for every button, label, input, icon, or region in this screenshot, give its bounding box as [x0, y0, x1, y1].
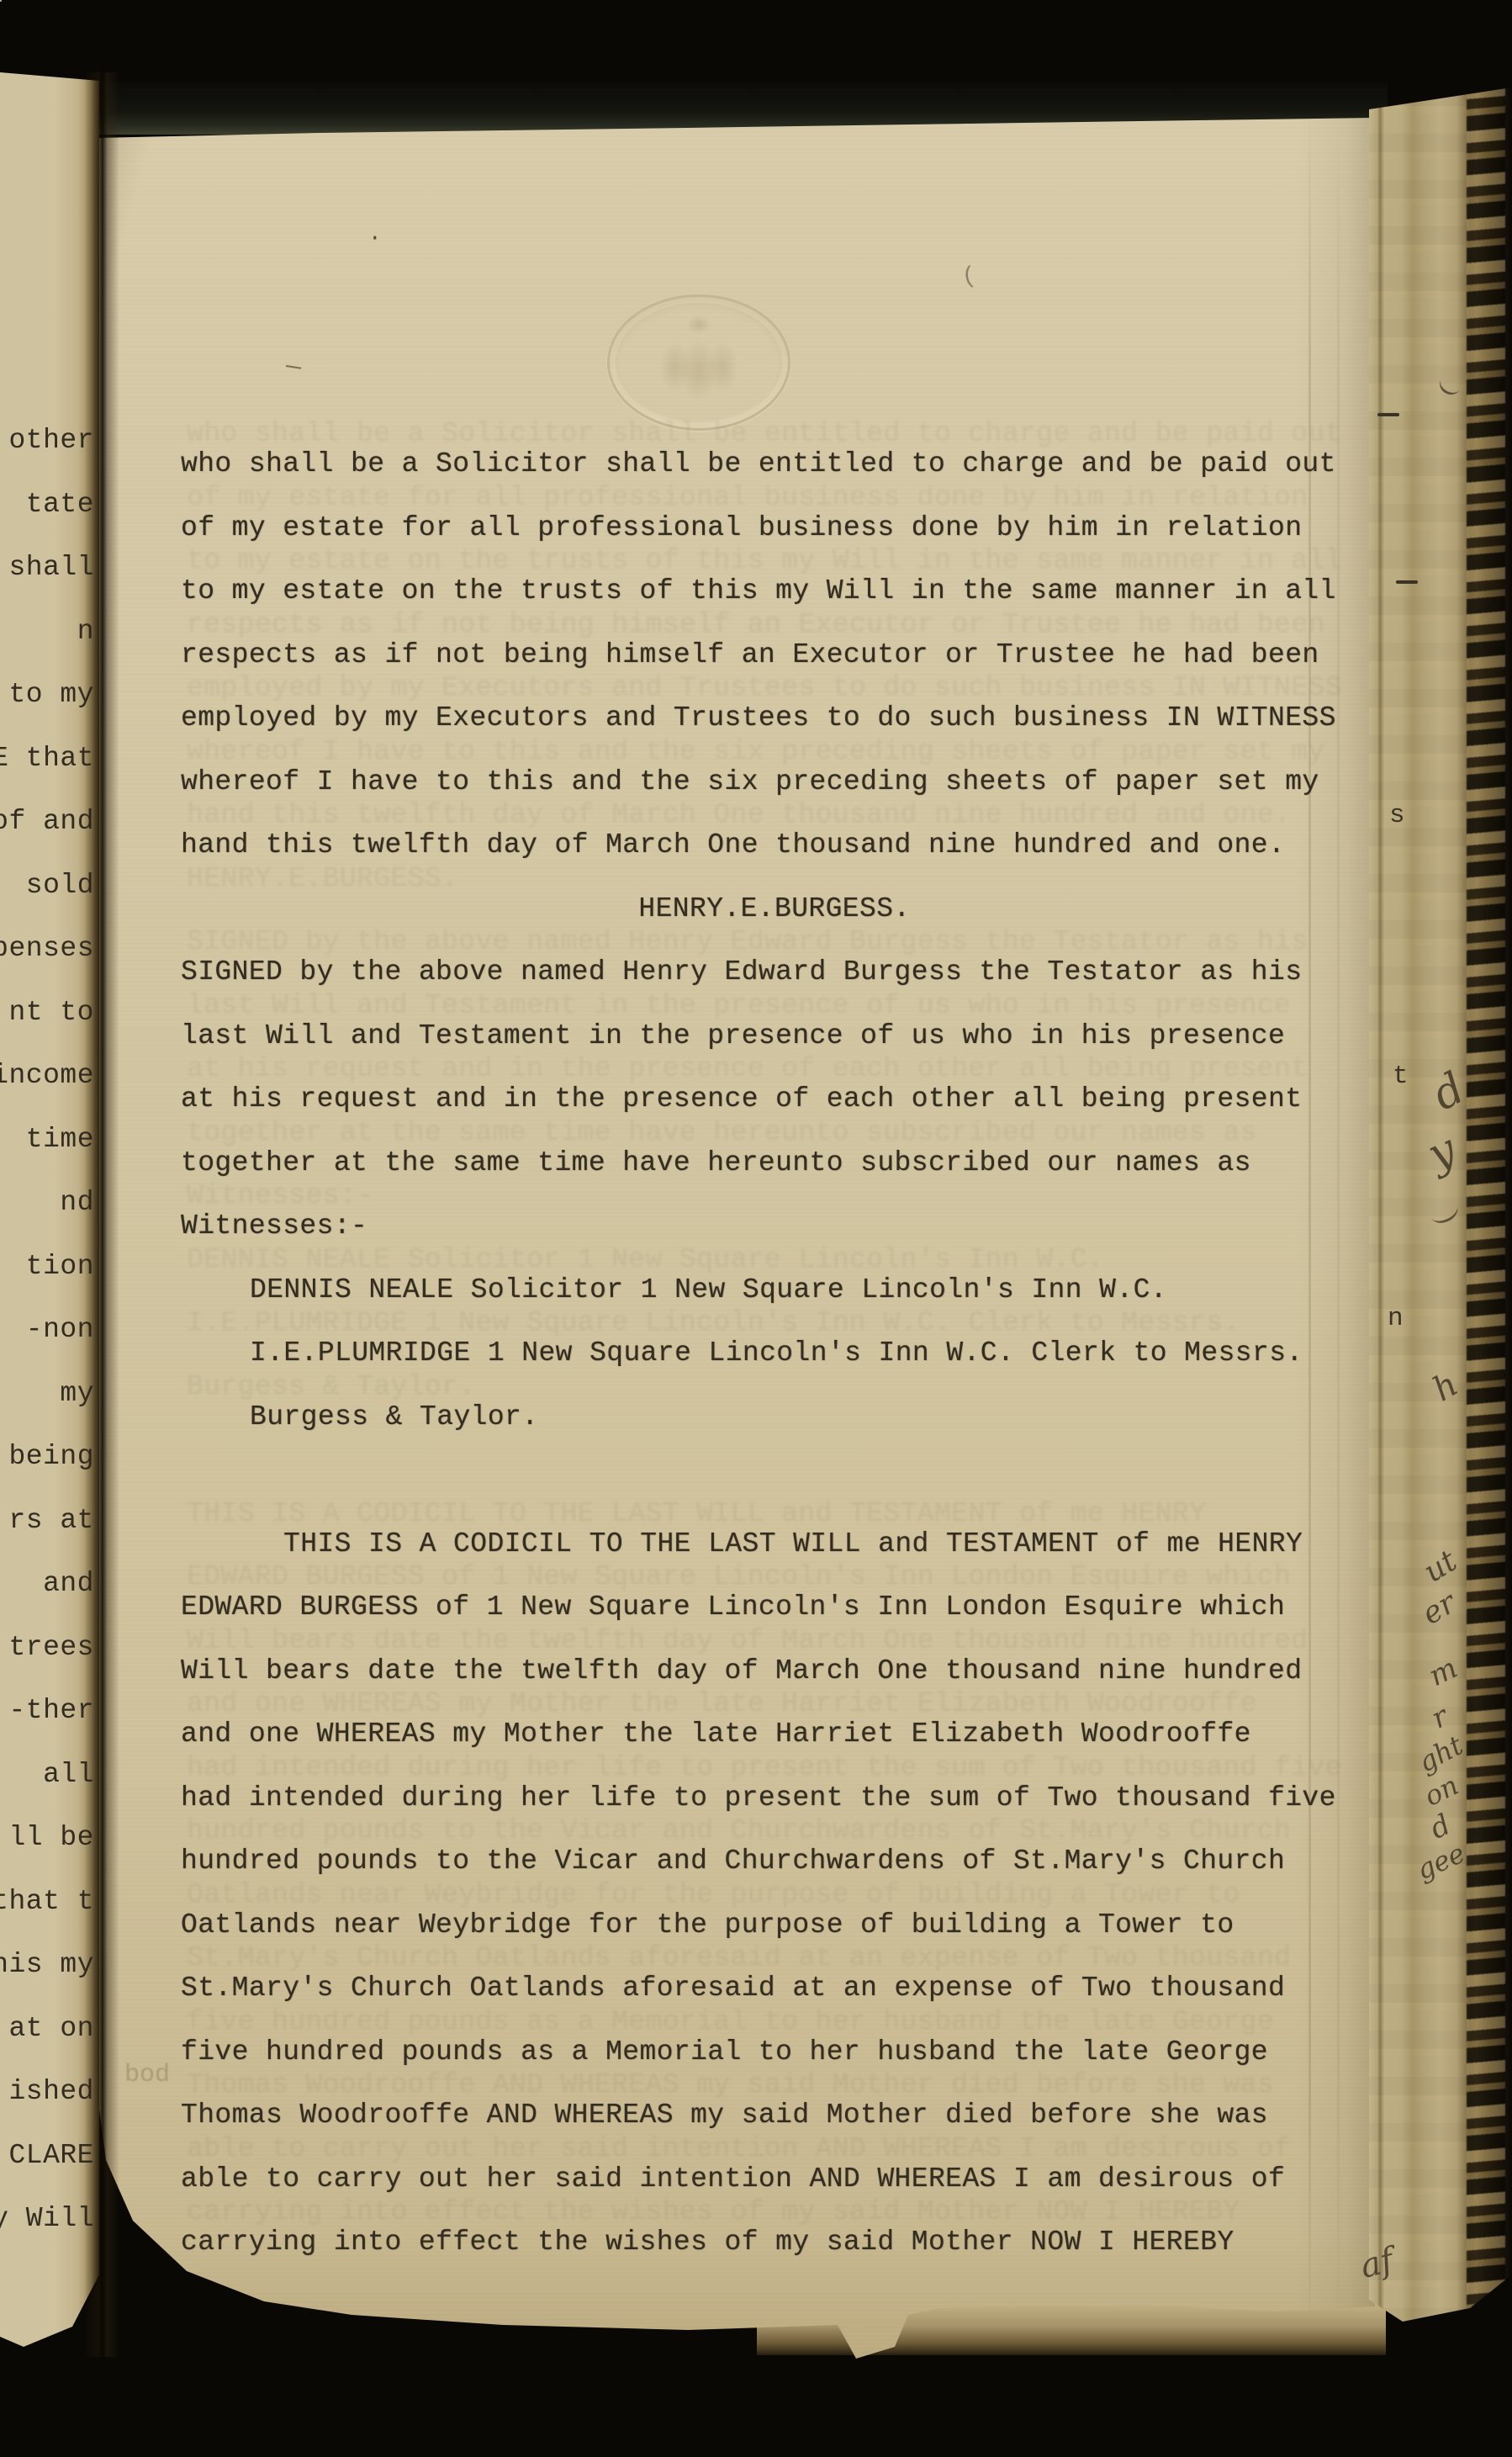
left-page-text-fragment: ll be [0, 1806, 94, 1870]
left-page-text-fragment: n [0, 600, 94, 664]
document-text: who shall be a Solicitor shall be entitl… [181, 432, 1368, 2274]
dust-specks [0, 0, 2, 2]
ink-speck: · [368, 225, 382, 251]
left-page-text-fragment: time [0, 1108, 94, 1172]
left-page-text-fragment: my [0, 1362, 94, 1426]
margin-typed-letter: n [1388, 1304, 1404, 1333]
left-page-text-fragment: non- [0, 1298, 94, 1362]
left-page-text-fragment: ished [0, 2060, 94, 2124]
document-line: carrying into effect the wishes of my sa… [181, 2211, 1368, 2274]
margin-typed-letter: s [1389, 801, 1405, 830]
scanned-book-photo: othertatee shallnto myE thatof andsoldpe… [0, 0, 1512, 2457]
margin-typed-letter: t [1393, 1062, 1409, 1091]
left-page-text-fragment: income [0, 1044, 94, 1108]
left-page-text-fragment: nd [0, 1171, 94, 1235]
page-edge-flakes [1467, 87, 1505, 2322]
left-page-text-fragment: rs at [0, 1489, 94, 1553]
left-page-text-fragment: at on [0, 1997, 94, 2061]
margin-dash-mark [1396, 580, 1418, 584]
left-page-text-fragment: sold [0, 854, 94, 918]
left-page-text-fragment: E that [0, 727, 94, 791]
left-page-text-fragment: CLARE [0, 2124, 94, 2188]
left-page-text-fragment: other [0, 409, 94, 473]
left-page-text-fragment: to my [0, 663, 94, 727]
left-page-text-fragment: tion [0, 1235, 94, 1299]
left-page-text-fragment: tate [0, 473, 94, 537]
left-page-text-fragment: e shall [0, 536, 94, 600]
left-page-text-fragment: my Will [0, 2187, 94, 2251]
pencil-mark: — [283, 352, 303, 383]
left-page-text-fragment: this my [0, 1933, 94, 1997]
left-page-text-column: othertatee shallnto myE thatof andsoldpe… [0, 409, 94, 2251]
ink-bleed-word: bod [124, 2061, 170, 2089]
left-page-text-fragment: nt to [0, 981, 94, 1045]
book-gutter-shadow [84, 72, 119, 2357]
left-page-text-fragment: that t [0, 1870, 94, 1934]
document-page: who shall be a Solicitor shall be entitl… [99, 108, 1375, 2370]
left-page-text-fragment: all [0, 1743, 94, 1807]
left-page-text-fragment: and [0, 1552, 94, 1616]
left-page-text-fragment: of and [0, 790, 94, 854]
left-page-text-fragment: trees [0, 1616, 94, 1680]
seal-crest [653, 313, 744, 412]
pen-mark: ( [960, 263, 978, 291]
margin-dash-mark [1377, 413, 1399, 416]
document-line: Burgess & Taylor. [181, 1385, 1368, 1449]
left-page-text-fragment: ther- [0, 1679, 94, 1743]
left-page-text-fragment: penses [0, 917, 94, 981]
left-page-text-fragment: e being [0, 1425, 94, 1489]
